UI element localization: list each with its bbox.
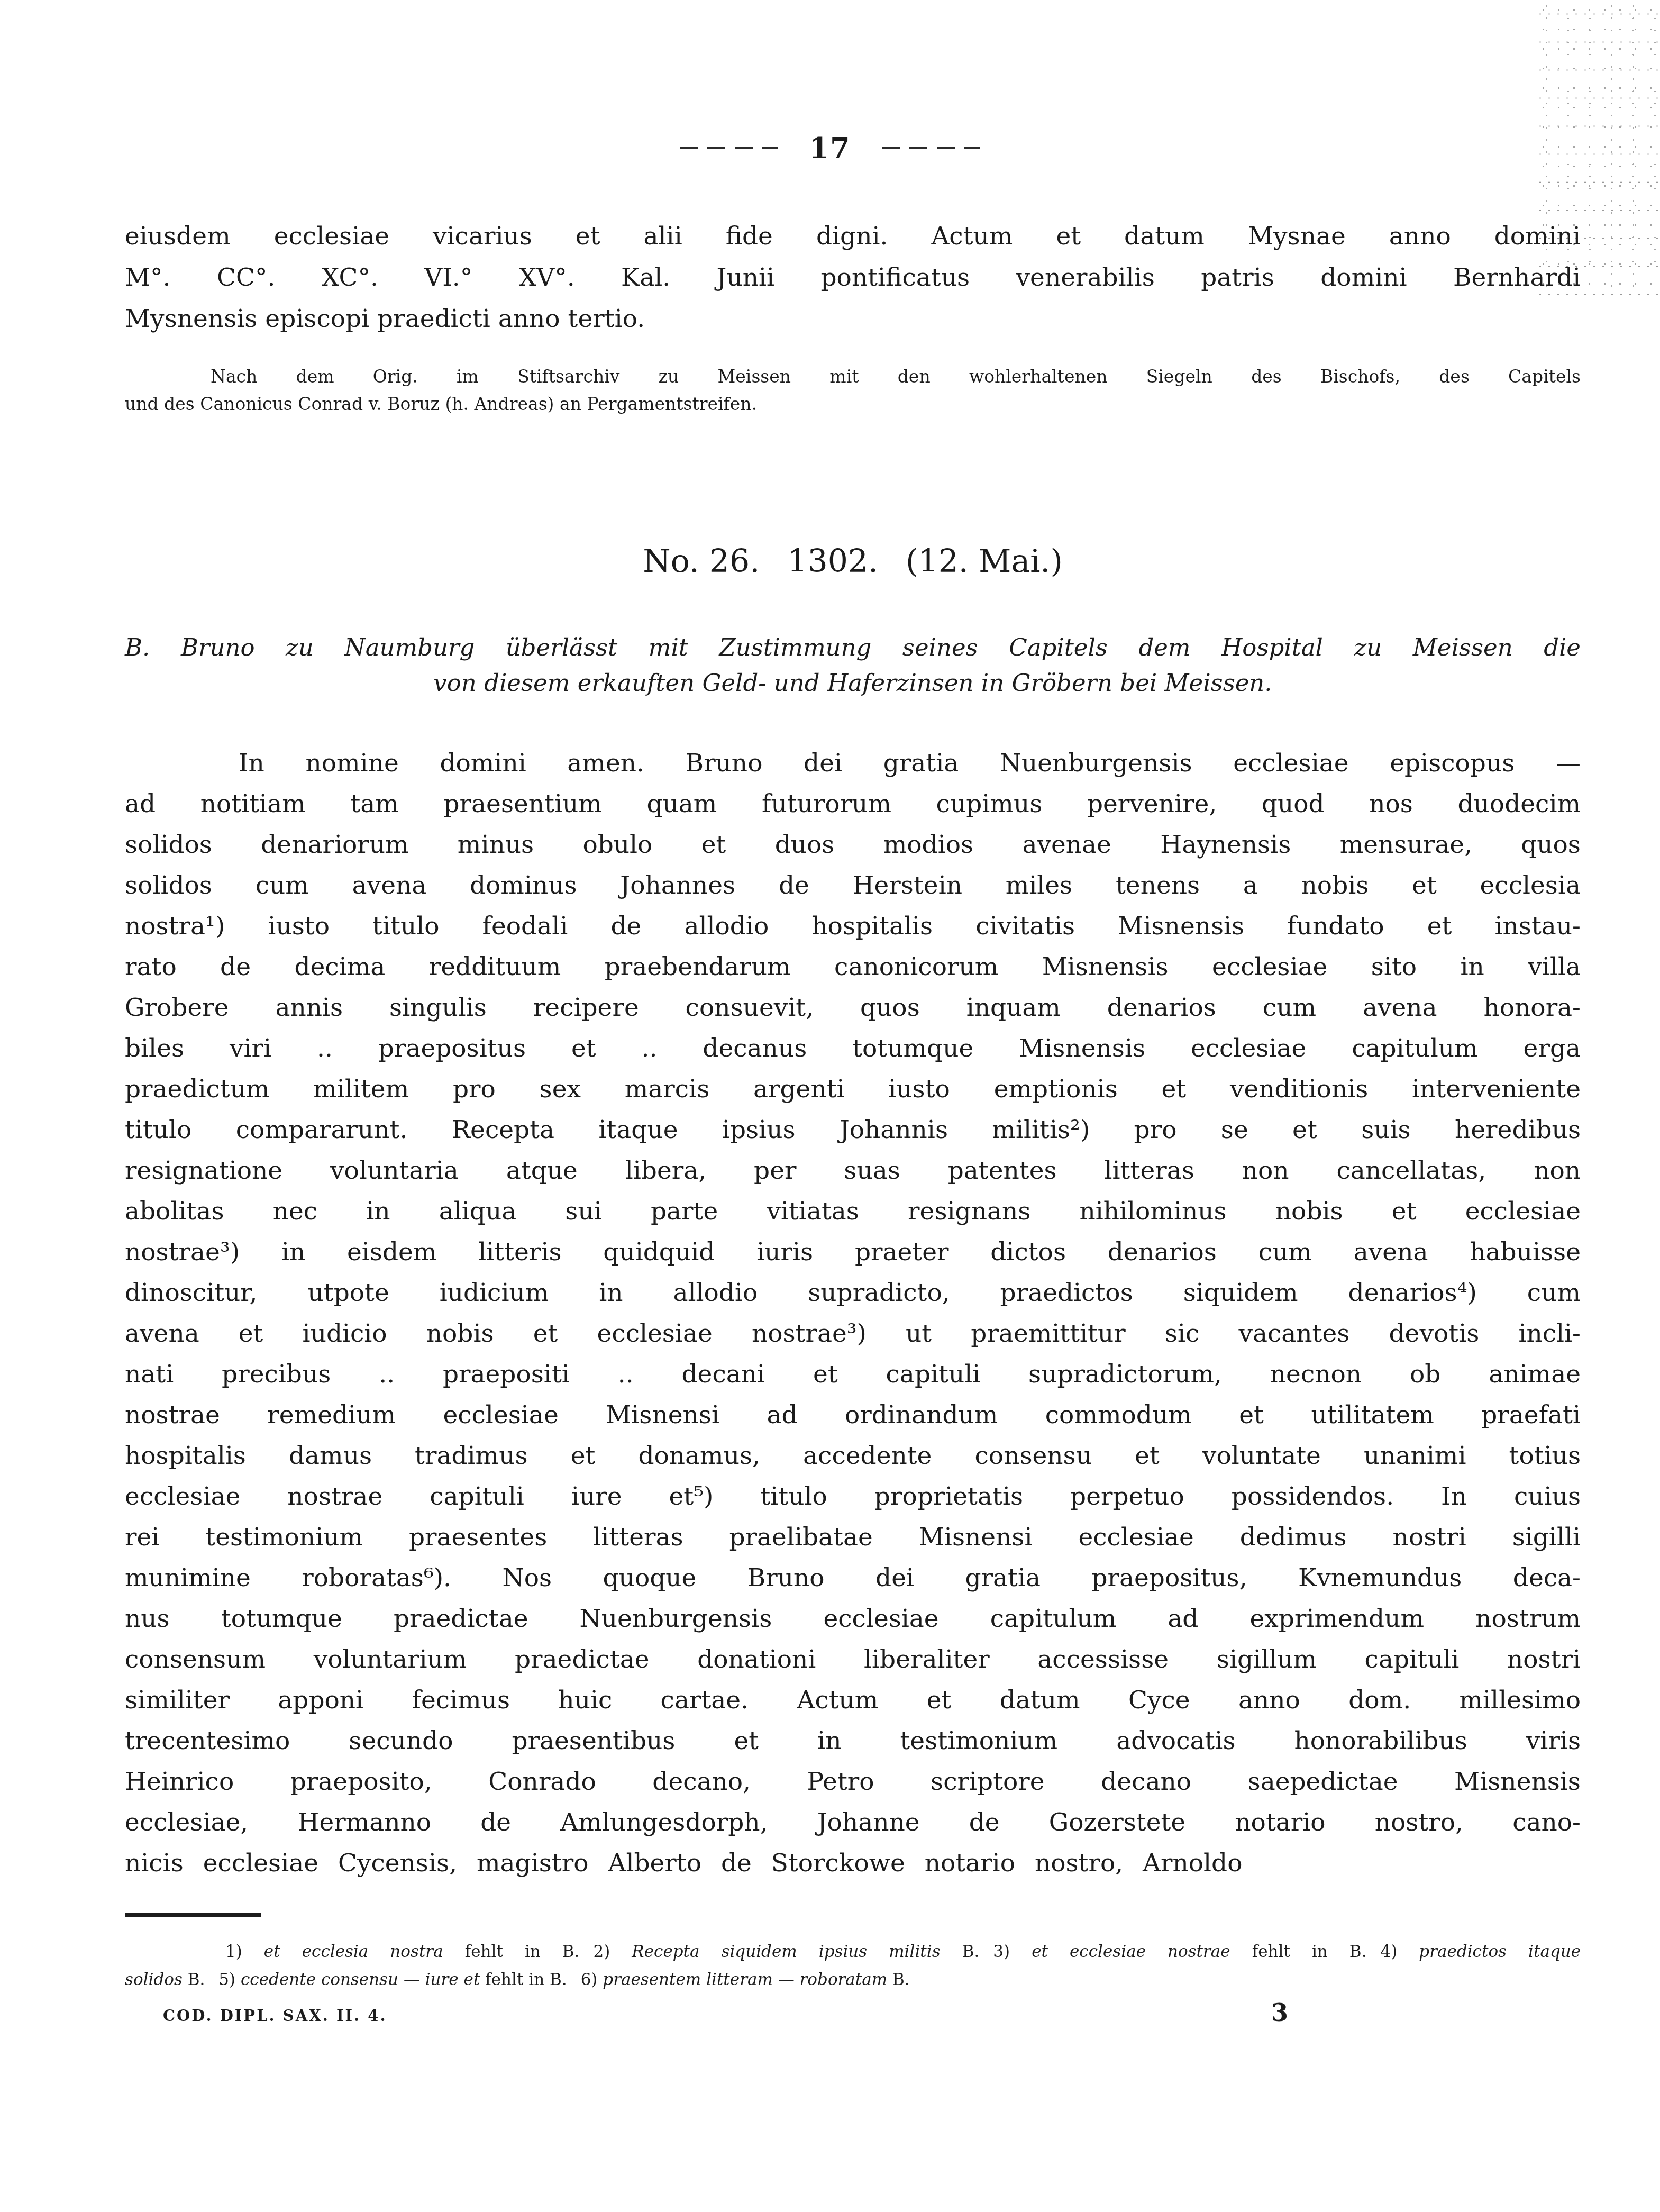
charter-body-line: nostra¹) iusto titulo feodali de allodio… [125,906,1581,946]
text-line: Nach dem Orig. im Stiftsarchiv zu Meisse… [125,363,1581,390]
charter-body-line: ecclesiae, Hermanno de Amlungesdorph, Jo… [125,1802,1581,1843]
charter-body-line: abolitas nec in aliqua sui parte vitiata… [125,1191,1581,1232]
footnote-variant-text: ccedente consensu — iure et [241,1970,480,1989]
scanned-page: { "page": { "number": "17", "imprint": "… [0,0,1660,2212]
scan-speckle-noise [1536,0,1660,296]
charter-body-line: ad notitiam tam praesentium quam futuror… [125,784,1581,824]
charter-body-line: nati precibus .. praepositi .. decani et… [125,1354,1581,1395]
footnote-marker: 2) [593,1942,632,1961]
charter-year: 1302. [787,543,878,580]
footnote-marker: 6) [581,1970,603,1989]
page-header: 17 [0,0,1660,165]
page-number: 17 [809,131,851,165]
charter-regest: B. Bruno zu Naumburg überlässt mit Zusti… [125,630,1581,700]
charter-body-line: biles viri .. praepositus et .. decanus … [125,1028,1581,1069]
charter-body-line: rei testimonium praesentes litteras prae… [125,1517,1581,1558]
text-line: eiusdem ecclesiae vicarius et alii fide … [125,216,1581,257]
charter-body-line: ecclesiae nostrae capituli iure et⁵) tit… [125,1476,1581,1517]
footnote-marker: 4) [1381,1942,1419,1961]
charter-body-line: nostrae remedium ecclesiae Misnensi ad o… [125,1395,1581,1435]
footnote-line: solidos B.5) ccedente consensu — iure et… [125,1966,1581,1994]
charter-body-line: similiter apponi fecimus huic cartae. Ac… [125,1680,1581,1721]
charter-body-line: trecentesimo secundo praesentibus et in … [125,1721,1581,1761]
footnote-variant-text: et ecclesia nostra [264,1942,443,1961]
footnote-note-text: fehlt in B. [480,1970,567,1989]
footnote-note-text: fehlt in B. [1230,1942,1367,1961]
charter-body-line: Heinrico praeposito, Conrado decano, Pet… [125,1761,1581,1802]
charter-body-line: solidos denariorum minus obulo et duos m… [125,824,1581,865]
charter-body-line: praedictum militem pro sex marcis argent… [125,1069,1581,1109]
charter-body-line: consensum voluntarium praedictae donatio… [125,1639,1581,1680]
charter-body-line: solidos cum avena dominus Johannes de He… [125,865,1581,906]
charter-heading: No. 26. 1302. (12. Mai.) [125,543,1581,580]
header-dash-right [882,147,980,149]
charter-body-line: avena et iudicio nobis et ecclesiae nost… [125,1313,1581,1354]
charter-body-line: dinoscitur, utpote iudicium in allodio s… [125,1272,1581,1313]
text-column: eiusdem ecclesiae vicarius et alii fide … [0,216,1660,2027]
archival-source-note: Nach dem Orig. im Stiftsarchiv zu Meisse… [125,363,1581,418]
footnote-separator-rule [125,1913,261,1917]
footnote-note-text: fehlt in B. [443,1942,580,1961]
series-imprint: COD. DIPL. SAX. II. 4. [125,2007,387,2025]
footnote-variant-text: et ecclesiae nostrae [1032,1942,1230,1961]
footnote-variant-text: solidos [125,1970,183,1989]
footnote-variant-text: praesentem litteram — roboratam [603,1970,887,1989]
charter-date: (12. Mai.) [906,543,1063,580]
charter-body-line: nicis ecclesiae Cycensis, magistro Alber… [125,1843,1581,1883]
charter-body-line: nostrae³) in eisdem litteris quidquid iu… [125,1232,1581,1272]
charter-body: In nomine domini amen. Bruno dei gratia … [125,743,1581,1883]
page-footer: COD. DIPL. SAX. II. 4. 3 [125,1998,1581,2027]
charter-body-line: rato de decima reddituum praebendarum ca… [125,946,1581,987]
text-line: von diesem erkauften Geld- und Haferzins… [125,665,1581,700]
charter-body-line: nus totumque praedictae Nuenburgensis ec… [125,1598,1581,1639]
text-line: B. Bruno zu Naumburg überlässt mit Zusti… [125,630,1581,665]
footnote-variant-text: praedictos itaque [1419,1942,1581,1961]
previous-charter-conclusion: eiusdem ecclesiae vicarius et alii fide … [125,216,1581,340]
footnote-note-text: B. [183,1970,205,1989]
charter-body-line: hospitalis damus tradimus et donamus, ac… [125,1435,1581,1476]
text-line: und des Canonicus Conrad v. Boruz (h. An… [125,390,1581,418]
footnote-note-text: B. [887,1970,910,1989]
text-line: M°. CC°. XC°. VI.° XV°. Kal. Junii ponti… [125,257,1581,298]
charter-body-line: Grobere annis singulis recipere consuevi… [125,987,1581,1028]
text-line: Mysnensis episcopi praedicti anno tertio… [125,298,1581,340]
footnote-marker: 5) [218,1970,241,1989]
sheet-signature: 3 [1271,1998,1288,2027]
footnotes: 1) et ecclesia nostra fehlt in B.2) Rece… [125,1938,1581,1994]
footnote-line: 1) et ecclesia nostra fehlt in B.2) Rece… [125,1938,1581,1966]
charter-body-line: munimine roboratas⁶). Nos quoque Bruno d… [125,1558,1581,1598]
charter-number: No. 26. [643,543,760,580]
footnote-note-text: B. [941,1942,980,1961]
footnote-marker: 3) [993,1942,1032,1961]
charter-body-line: resignatione voluntaria atque libera, pe… [125,1150,1581,1191]
footnote-variant-text: Recepta siquidem ipsius militis [632,1942,940,1961]
footnote-marker: 1) [225,1942,264,1961]
charter-body-line: In nomine domini amen. Bruno dei gratia … [125,743,1581,784]
header-dash-left [680,147,778,149]
charter-body-line: titulo compararunt. Recepta itaque ipsiu… [125,1109,1581,1150]
